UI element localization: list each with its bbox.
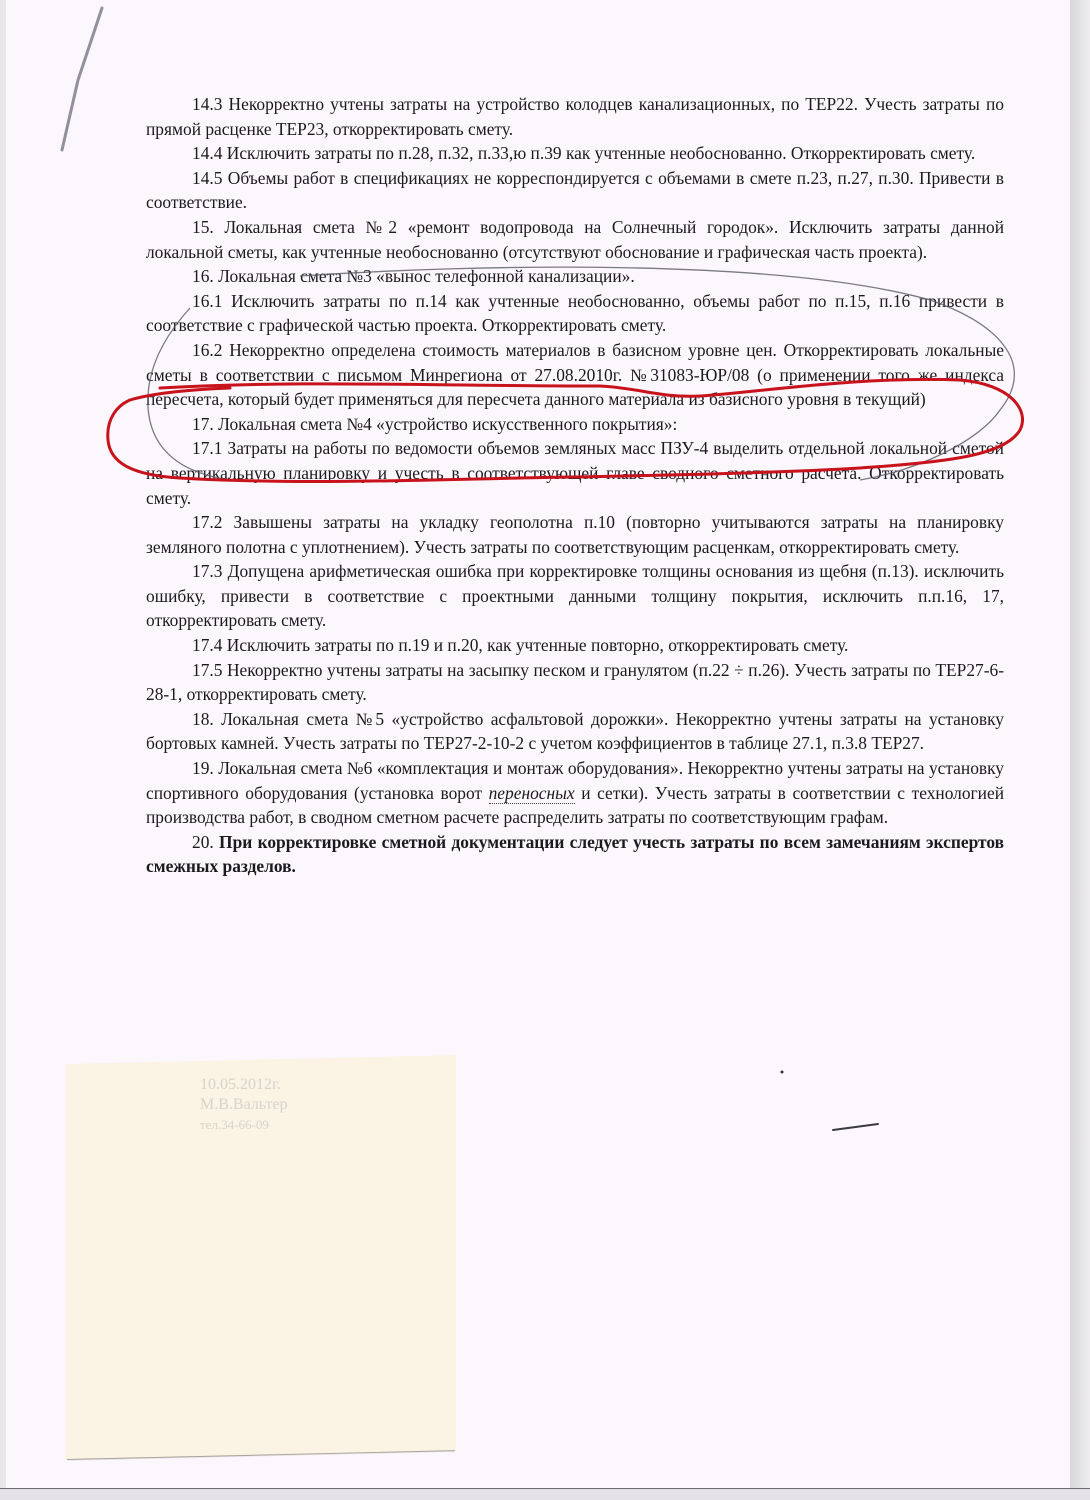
paragraph-17-5: 17.5 Некорректно учтены затраты на засып…	[146, 658, 1004, 707]
paragraph-17-1: 17.1 Затраты на работы по ведомости объе…	[146, 436, 1004, 510]
paragraph-15: 15. Локальная смета №2 «ремонт водопрово…	[146, 215, 1004, 264]
paragraph-16-2: 16.2 Некорректно определена стоимость ма…	[146, 338, 1004, 412]
sticky-name: М.В.Вальтер	[200, 1095, 288, 1115]
sticky-note-text: 10.05.2012г. М.В.Вальтер тел.34-66-09	[200, 1075, 288, 1135]
paragraph-14-5: 14.5 Объемы работ в спецификациях не кор…	[146, 166, 1004, 215]
paragraph-14-3: 14.3 Некорректно учтены затраты на устро…	[146, 92, 1004, 141]
sticky-date: 10.05.2012г.	[200, 1075, 288, 1095]
paragraph-17-2: 17.2 Завышены затраты на укладку геополо…	[146, 510, 1004, 559]
paragraph-16: 16. Локальная смета №3 «вынос телефонной…	[146, 264, 1004, 289]
paragraph-17-3: 17.3 Допущена арифметическая ошибка при …	[146, 559, 1004, 633]
paragraph-17: 17. Локальная смета №4 «устройство искус…	[146, 412, 1004, 437]
page-edge-shadow	[1070, 0, 1090, 1500]
page-bottom-edge	[0, 1488, 1090, 1500]
paragraph-17-4: 17.4 Исключить затраты по п.19 и п.20, к…	[146, 633, 1004, 658]
sticky-phone: тел.34-66-09	[200, 1115, 288, 1135]
paragraph-18: 18. Локальная смета №5 «устройство асфал…	[146, 707, 1004, 756]
paragraph-20-number: 20.	[192, 832, 219, 852]
paragraph-20: 20. При корректировке сметной документац…	[146, 830, 1004, 879]
paragraph-20-bold: При корректировке сметной документации с…	[146, 832, 1004, 877]
paragraph-19: 19. Локальная смета №6 «комплектация и м…	[146, 756, 1004, 830]
document-body: 14.3 Некорректно учтены затраты на устро…	[146, 92, 1004, 879]
paragraph-16-1: 16.1 Исключить затраты по п.14 как учтен…	[146, 289, 1004, 338]
handwritten-correction: переносных	[489, 783, 575, 804]
paragraph-14-4: 14.4 Исключить затраты по п.28, п.32, п.…	[146, 141, 1004, 166]
